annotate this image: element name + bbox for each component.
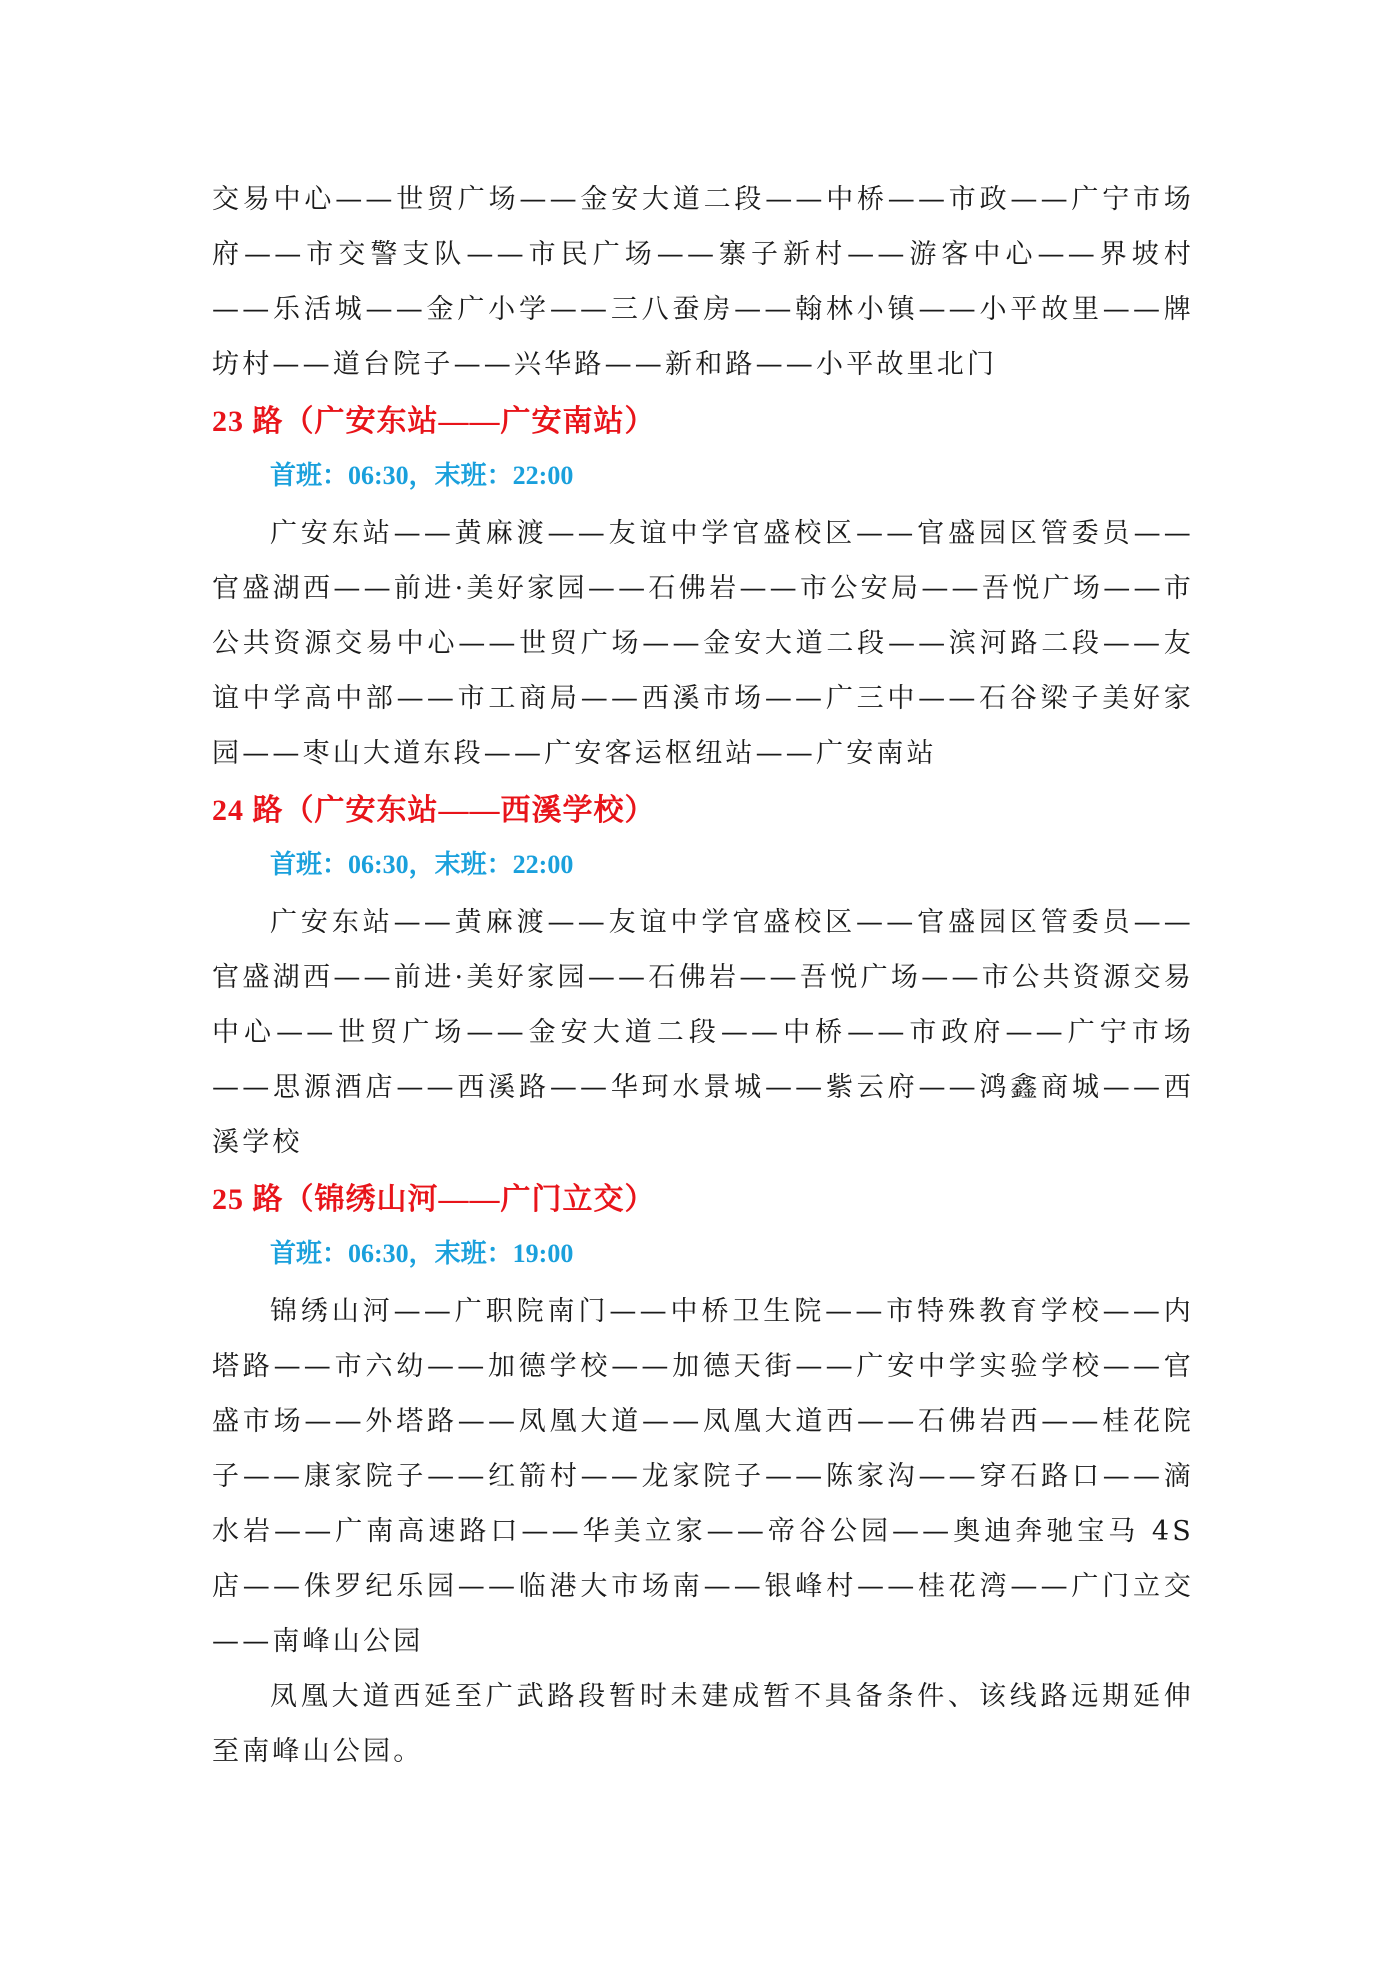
route-stops: 广安东站——黄麻渡——友谊中学官盛校区——官盛园区管委员——官盛湖西——前进·美… <box>212 506 1194 781</box>
route-schedule: 首班：06:30，末班：22:00 <box>270 843 1194 887</box>
route-note: 凤凰大道西延至广武路段暂时未建成暂不具备条件、该线路远期延伸至南峰山公园。 <box>212 1669 1194 1779</box>
route-25: 25 路（锦绣山河——广门立交） 首班：06:30，末班：19:00 锦绣山河—… <box>212 1176 1194 1779</box>
route-title: 23 路（广安东站——广安南站） <box>212 398 1194 446</box>
route-title: 25 路（锦绣山河——广门立交） <box>212 1176 1194 1224</box>
route-title: 24 路（广安东站——西溪学校） <box>212 787 1194 835</box>
route-schedule: 首班：06:30，末班：19:00 <box>270 1232 1194 1276</box>
route-23: 23 路（广安东站——广安南站） 首班：06:30，末班：22:00 广安东站—… <box>212 398 1194 781</box>
document-page: 交易中心——世贸广场——金安大道二段——中桥——市政——广宁市场府——市交警支队… <box>0 0 1400 1979</box>
route-schedule: 首班：06:30，末班：22:00 <box>270 454 1194 498</box>
route-stops: 广安东站——黄麻渡——友谊中学官盛校区——官盛园区管委员——官盛湖西——前进·美… <box>212 895 1194 1170</box>
route-24: 24 路（广安东站——西溪学校） 首班：06:30，末班：22:00 广安东站—… <box>212 787 1194 1170</box>
continuation-stops: 交易中心——世贸广场——金安大道二段——中桥——市政——广宁市场府——市交警支队… <box>212 172 1194 392</box>
page-content: 交易中心——世贸广场——金安大道二段——中桥——市政——广宁市场府——市交警支队… <box>212 172 1194 1779</box>
route-stops: 锦绣山河——广职院南门——中桥卫生院——市特殊教育学校——内塔路——市六幼——加… <box>212 1284 1194 1669</box>
